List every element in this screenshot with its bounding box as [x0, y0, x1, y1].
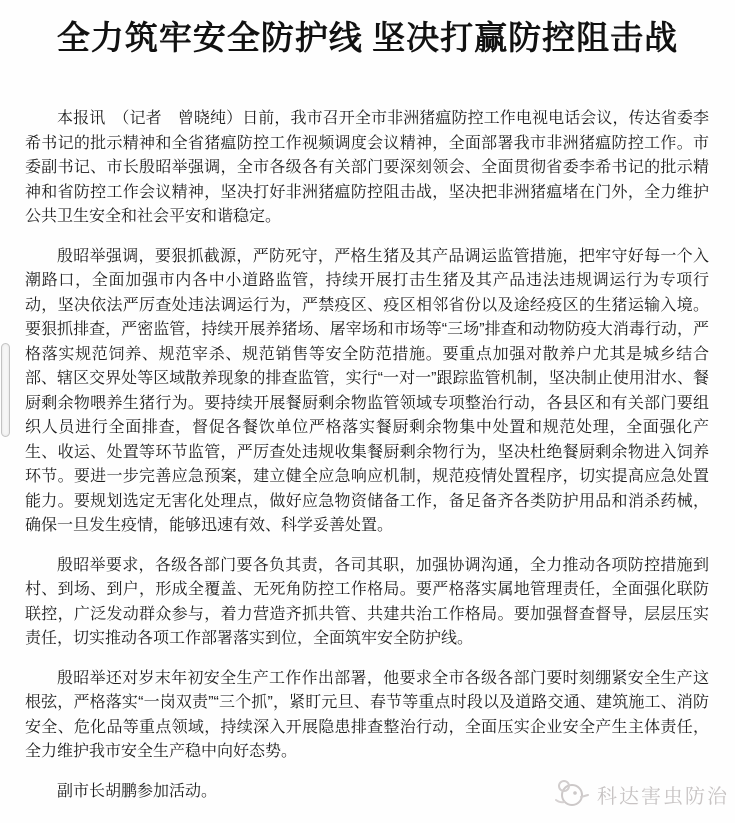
- article-paragraph: 殷昭举还对岁末年初安全生产工作作出部署，他要求全市各级各部门要时刻绷紧安全生产这…: [25, 667, 709, 765]
- article-paragraph: 殷昭举要求，各级各部门要各负其责，各司其职，加强协调沟通，全力推动各项防控措施到…: [25, 554, 709, 652]
- watermark-label: 科达害虫防治: [597, 780, 729, 809]
- left-scrollbar-thumb[interactable]: [1, 343, 10, 437]
- watermark-mascot-icon: [552, 778, 592, 810]
- article-body: 本报讯 （记者 曾晓纯）日前，我市召开全市非洲猪瘟防控工作电视电话会议，传达省委…: [25, 107, 709, 819]
- article-paragraph-lead: 本报讯 （记者 曾晓纯）日前，我市召开全市非洲猪瘟防控工作电视电话会议，传达省委…: [25, 107, 709, 230]
- watermark: 科达害虫防治: [552, 778, 729, 810]
- article-paragraph: 殷昭举强调，要狠抓截源，严防死守，严格生猪及其产品调运监管措施，把牢守好每一个入…: [25, 245, 709, 539]
- article-title: 全力筑牢安全防护线 坚决打赢防控阻击战: [24, 19, 711, 59]
- article-page: 全力筑牢安全防护线 坚决打赢防控阻击战 本报讯 （记者 曾晓纯）日前，我市召开全…: [0, 0, 735, 823]
